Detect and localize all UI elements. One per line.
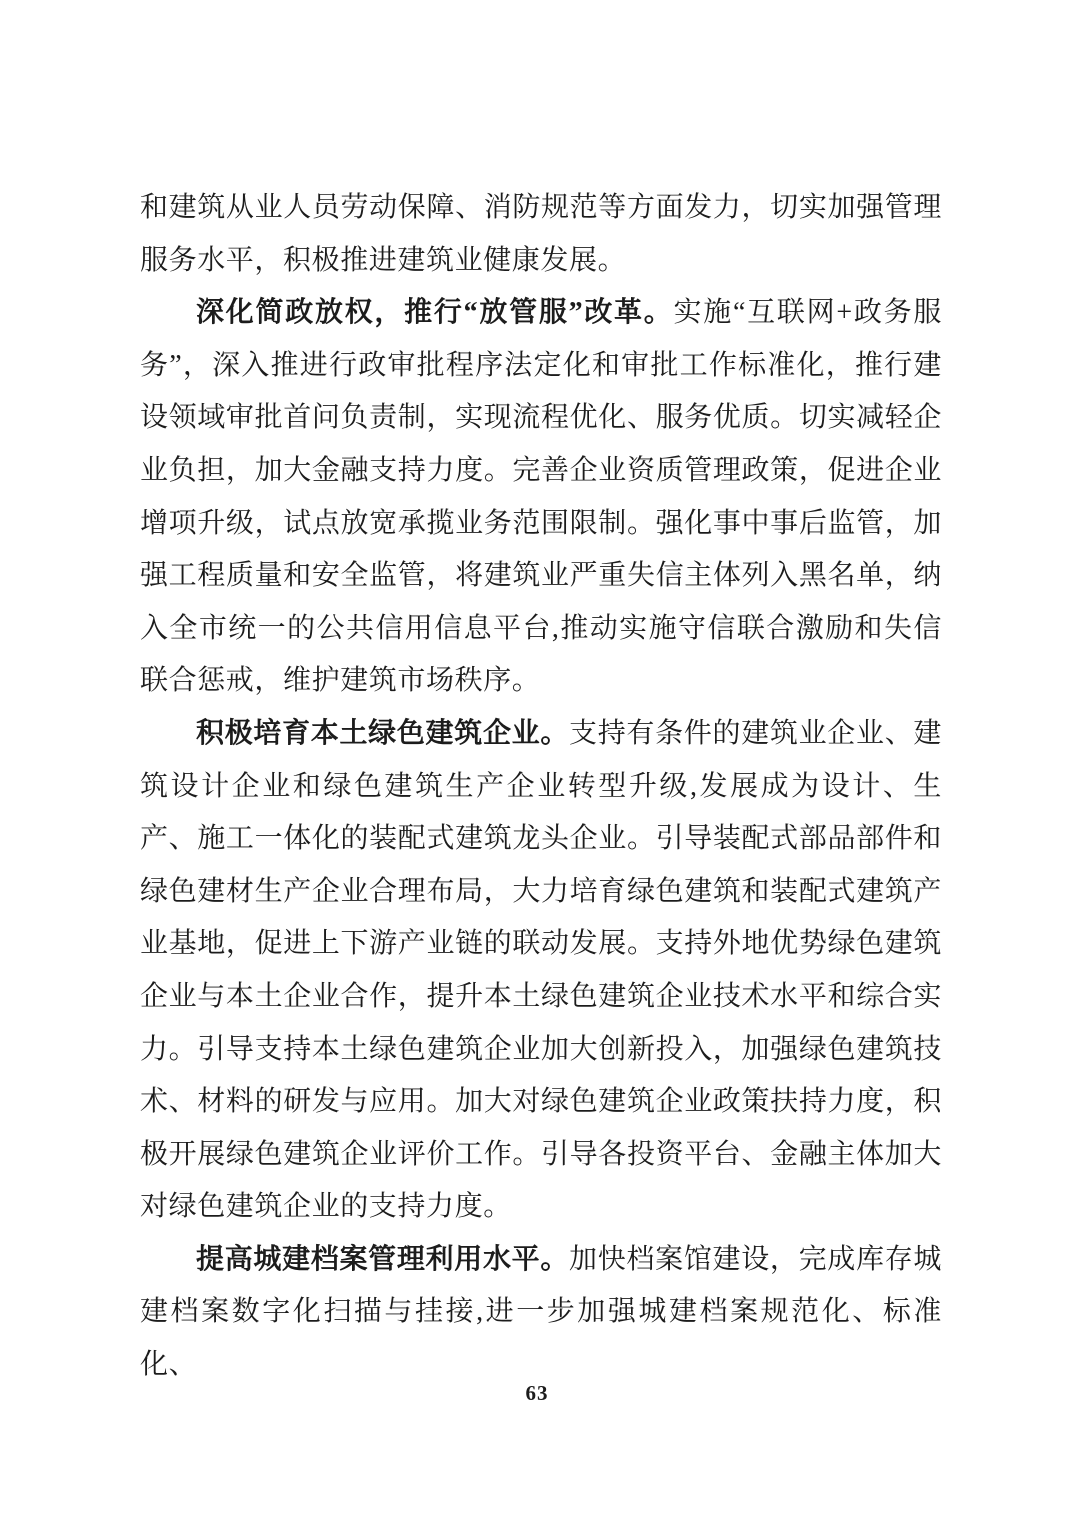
paragraph-body: 实施“互联网+政务服务”，深入推进行政审批程序法定化和审批工作标准化，推行建设领…: [140, 297, 942, 696]
paragraph: 积极培育本土绿色建筑企业。支持有条件的建筑业企业、建筑设计企业和绿色建筑生产企业…: [140, 708, 942, 1234]
paragraph-body: 和建筑从业人员劳动保障、消防规范等方面发力，切实加强管理服务水平，积极推进建筑业…: [140, 192, 942, 276]
page-number: 63: [0, 1381, 1074, 1406]
paragraph: 提高城建档案管理利用水平。加快档案馆建设，完成库存城建档案数字化扫描与挂接,进一…: [140, 1234, 942, 1392]
paragraph-body: 支持有条件的建筑业企业、建筑设计企业和绿色建筑生产企业转型升级,发展成为设计、生…: [140, 718, 942, 1222]
document-page: 和建筑从业人员劳动保障、消防规范等方面发力，切实加强管理服务水平，积极推进建筑业…: [0, 0, 1074, 1519]
paragraph-lead: 深化简政放权，推行“放管服”改革。: [196, 297, 674, 328]
paragraph-lead: 积极培育本土绿色建筑企业。: [196, 718, 569, 749]
text-block: 和建筑从业人员劳动保障、消防规范等方面发力，切实加强管理服务水平，积极推进建筑业…: [140, 182, 942, 1392]
paragraph-lead: 提高城建档案管理利用水平。: [196, 1244, 569, 1275]
paragraph: 深化简政放权，推行“放管服”改革。实施“互联网+政务服务”，深入推进行政审批程序…: [140, 287, 942, 708]
paragraph: 和建筑从业人员劳动保障、消防规范等方面发力，切实加强管理服务水平，积极推进建筑业…: [140, 182, 942, 287]
